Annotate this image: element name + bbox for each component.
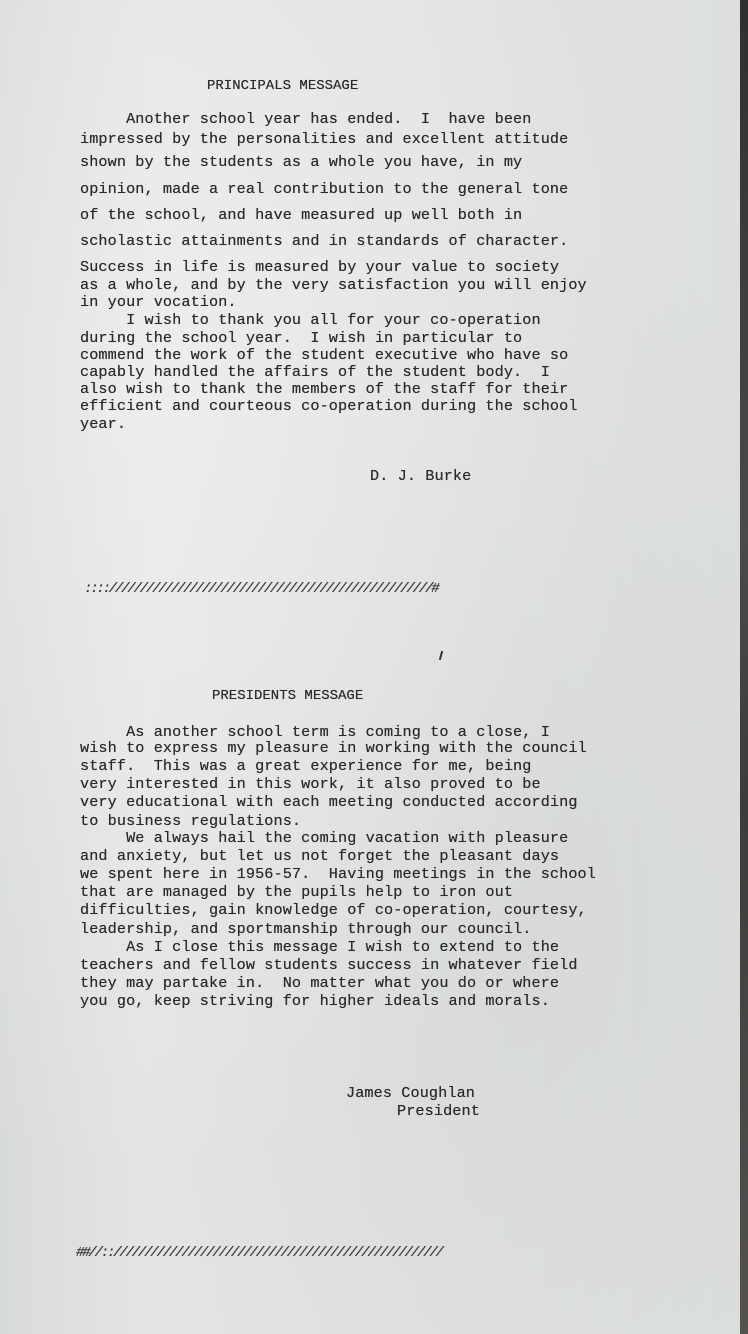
- text-line: very interested in this work, it also pr…: [80, 775, 541, 793]
- typewritten-page: PRINCIPALS MESSAGE Another school year h…: [0, 0, 741, 1334]
- text-line: during the school year. I wish in partic…: [80, 329, 522, 347]
- text-line: and anxiety, but let us not forget the p…: [80, 847, 559, 865]
- text-line: scholastic attainments and in standards …: [80, 232, 568, 250]
- president-signature-role: President: [397, 1102, 480, 1120]
- text-line: shown by the students as a whole you hav…: [80, 153, 522, 171]
- principal-signature: D. J. Burke: [370, 467, 471, 485]
- text-line: that are managed by the pupils help to i…: [80, 883, 513, 901]
- text-line: they may partake in. No matter what you …: [80, 974, 559, 992]
- text-line: very educational with each meeting condu…: [80, 793, 578, 811]
- text-line: difficulties, gain knowledge of co-opera…: [80, 901, 587, 919]
- text-line: as a whole, and by the very satisfaction…: [80, 276, 587, 294]
- text-line: teachers and fellow students success in …: [80, 956, 578, 974]
- text-line: year.: [80, 415, 126, 433]
- text-line: commend the work of the student executiv…: [80, 346, 568, 364]
- text-line: you go, keep striving for higher ideals …: [80, 992, 550, 1010]
- text-line: As I close this message I wish to extend…: [80, 938, 559, 956]
- text-line: impressed by the personalities and excel…: [80, 130, 568, 148]
- text-line: wish to express my pleasure in working w…: [80, 739, 587, 757]
- text-line: of the school, and have measured up well…: [80, 206, 522, 224]
- text-line: Success in life is measured by your valu…: [80, 258, 559, 276]
- text-line: I wish to thank you all for your co-oper…: [80, 311, 541, 329]
- text-line: in your vocation.: [80, 293, 237, 311]
- text-line: staff. This was a great experience for m…: [80, 757, 532, 775]
- president-message-title: PRESIDENTS MESSAGE: [212, 688, 363, 704]
- background-surface-edge: [740, 0, 748, 1334]
- text-line: Another school year has ended. I have be…: [80, 110, 532, 128]
- text-line: also wish to thank the members of the st…: [80, 380, 568, 398]
- text-line: efficient and courteous co-operation dur…: [80, 397, 578, 415]
- separator-line-top: ::::////////////////////////////////////…: [84, 581, 437, 597]
- principal-message-title: PRINCIPALS MESSAGE: [207, 78, 358, 94]
- text-line: leadership, and sportmanship through our…: [80, 920, 532, 938]
- text-line: we spent here in 1956-57. Having meeting…: [80, 865, 596, 883]
- text-line: opinion, made a real contribution to the…: [80, 180, 568, 198]
- text-line: capably handled the affairs of the stude…: [80, 363, 550, 381]
- stray-mark: [439, 651, 443, 660]
- separator-line-bottom: ##//:://////////////////////////////////…: [76, 1245, 442, 1261]
- president-signature-name: James Coughlan: [346, 1084, 475, 1102]
- text-line: We always hail the coming vacation with …: [80, 829, 568, 847]
- text-line: to business regulations.: [80, 812, 301, 830]
